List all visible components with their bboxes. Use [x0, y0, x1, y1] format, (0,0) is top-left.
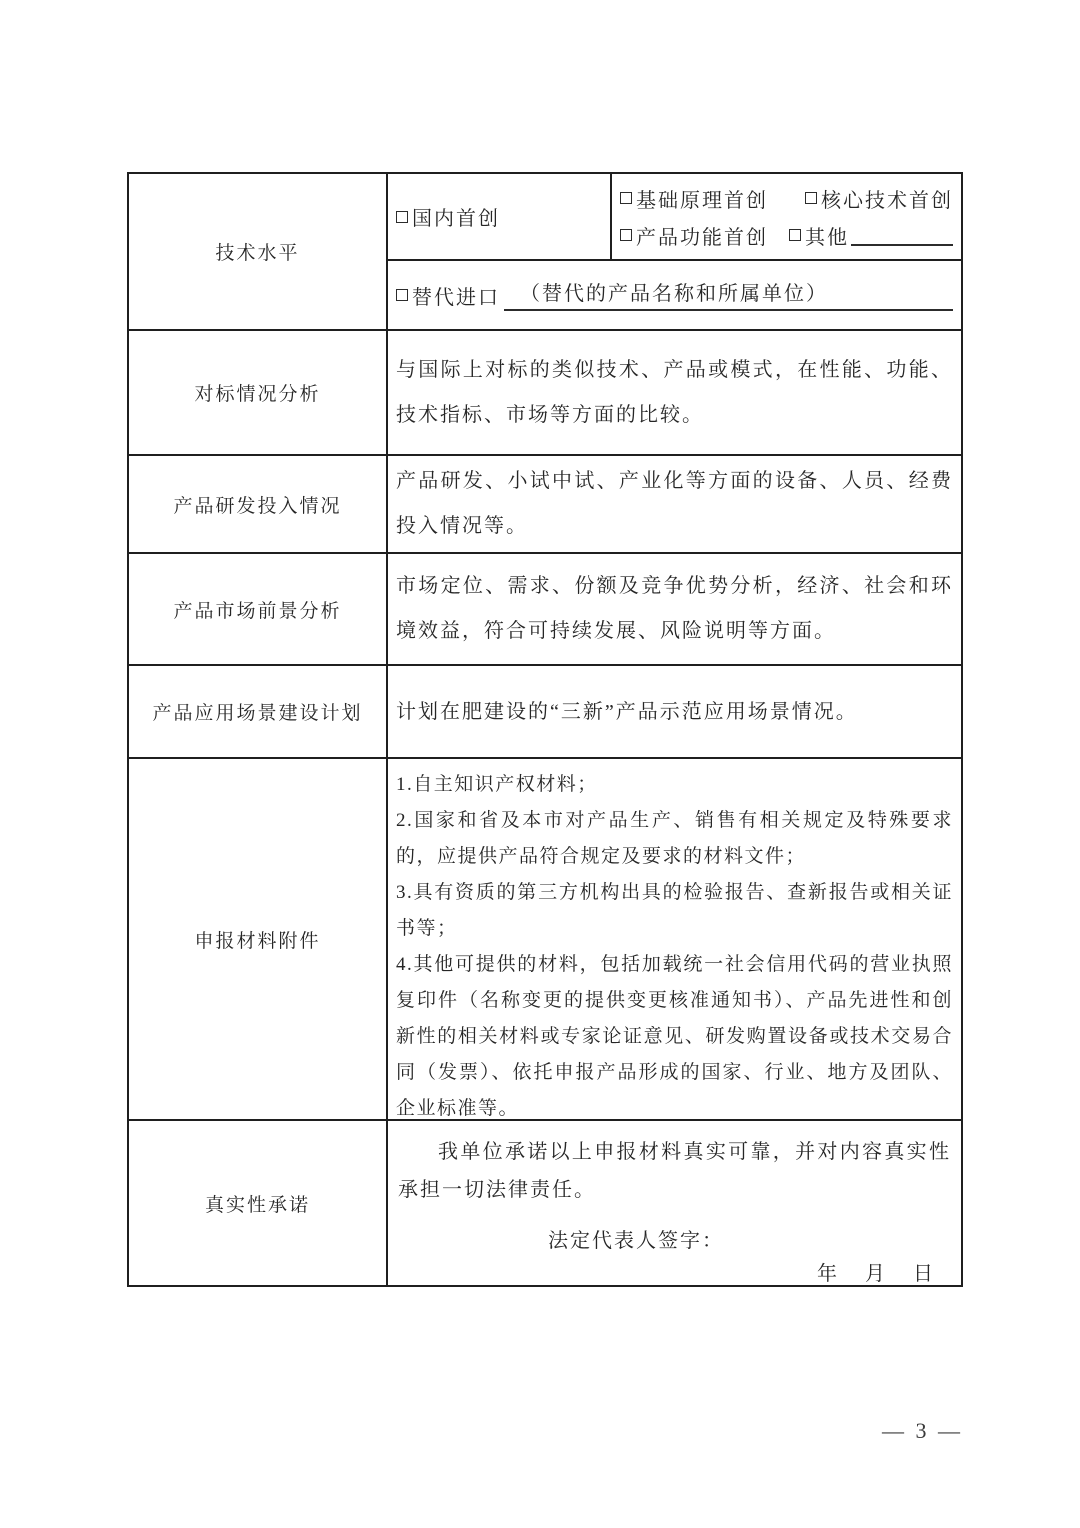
row-application-scenario: 产品应用场景建设计划 计划在肥建设的“三新”产品示范应用场景情况。 [129, 664, 961, 757]
authenticity-commitment-content-cell: 我单位承诺以上申报材料真实可靠，并对内容真实性承担一切法律责任。 法定代表人签字… [388, 1121, 961, 1285]
legal-representative-signature-label: 法定代表人签字： [548, 1225, 951, 1257]
rd-investment-label: 产品研发投入情况 [129, 456, 388, 552]
core-tech-first-label: 核心技术首创 [821, 184, 953, 213]
product-function-first-checkbox-icon [620, 229, 632, 241]
market-prospect-content: 市场定位、需求、份额及竞争优势分析，经济、社会和环境效益，符合可持续发展、风险说… [396, 564, 953, 654]
option-domestic-first: 国内首创 [388, 174, 610, 259]
application-scenario-label: 产品应用场景建设计划 [129, 666, 388, 757]
basic-principle-first-label: 基础原理首创 [636, 184, 768, 213]
tech-level-content: 国内首创 基础原理首创 核心技术首创 [388, 174, 961, 329]
tech-level-label: 技术水平 [129, 174, 388, 329]
row-authenticity-commitment: 真实性承诺 我单位承诺以上申报材料真实可靠，并对内容真实性承担一切法律责任。 法… [129, 1119, 961, 1285]
basic-principle-first-checkbox-icon [620, 192, 632, 204]
attachment-item-4: 4.其他可提供的材料，包括加载统一社会信用代码的营业执照复印件（名称变更的提供变… [396, 947, 953, 1127]
product-function-first-label: 产品功能首创 [636, 221, 768, 250]
option-basic-principle-first: 基础原理首创 [620, 184, 768, 213]
row-market-prospect: 产品市场前景分析 市场定位、需求、份额及竞争优势分析，经济、社会和环境效益，符合… [129, 552, 961, 664]
attachment-item-2: 2.国家和省及本市对产品生产、销售有相关规定及特殊要求的，应提供产品符合规定及要… [396, 803, 953, 875]
row-benchmark-analysis: 对标情况分析 与国际上对标的类似技术、产品或模式，在性能、功能、技术指标、市场等… [129, 329, 961, 454]
import-substitution-label: 替代进口 [412, 281, 500, 310]
benchmark-analysis-label: 对标情况分析 [129, 331, 388, 454]
date-line: 年 月 日 [398, 1259, 951, 1289]
domestic-first-label: 国内首创 [412, 202, 500, 231]
benchmark-analysis-content-cell: 与国际上对标的类似技术、产品或模式，在性能、功能、技术指标、市场等方面的比较。 [388, 331, 961, 454]
authenticity-commitment-label: 真实性承诺 [129, 1121, 388, 1285]
attachments-label: 申报材料附件 [129, 759, 388, 1119]
attachments-content-cell: 1.自主知识产权材料； 2.国家和省及本市对产品生产、销售有相关规定及特殊要求的… [388, 759, 961, 1119]
benchmark-analysis-content: 与国际上对标的类似技术、产品或模式，在性能、功能、技术指标、市场等方面的比较。 [396, 348, 953, 438]
import-substitution-note: （替代的产品名称和所属单位） [520, 283, 828, 305]
option-core-tech-first: 核心技术首创 [805, 184, 953, 213]
core-tech-first-checkbox-icon [805, 192, 817, 204]
application-scenario-content: 计划在肥建设的“三新”产品示范应用场景情况。 [396, 697, 953, 727]
tech-level-sub-options: 基础原理首创 核心技术首创 产品功能首创 [610, 174, 961, 259]
market-prospect-content-cell: 市场定位、需求、份额及竞争优势分析，经济、社会和环境效益，符合可持续发展、风险说… [388, 554, 961, 664]
other-label: 其他 [805, 221, 849, 250]
option-other: 其他 [789, 221, 953, 250]
page-number: — 3 — [0, 1418, 963, 1444]
tech-level-top-subrow: 国内首创 基础原理首创 核心技术首创 [388, 174, 961, 259]
market-prospect-label: 产品市场前景分析 [129, 554, 388, 664]
other-blank-line [851, 224, 953, 246]
option-product-function-first: 产品功能首创 [620, 221, 768, 250]
rd-investment-content-cell: 产品研发、小试中试、产业化等方面的设备、人员、经费投入情况等。 [388, 456, 961, 552]
attachment-item-3: 3.具有资质的第三方机构出具的检验报告、查新报告或相关证书等； [396, 875, 953, 947]
domestic-first-checkbox-icon [396, 211, 408, 223]
attachment-item-1: 1.自主知识产权材料； [396, 767, 953, 803]
sub-option-line-1: 基础原理首创 核心技术首创 [620, 184, 953, 213]
other-checkbox-icon [789, 229, 801, 241]
document-page: 技术水平 国内首创 基础原理首创 [0, 0, 1080, 1528]
application-scenario-content-cell: 计划在肥建设的“三新”产品示范应用场景情况。 [388, 666, 961, 757]
import-substitution-blank-line: （替代的产品名称和所属单位） [504, 279, 953, 311]
row-attachments: 申报材料附件 1.自主知识产权材料； 2.国家和省及本市对产品生产、销售有相关规… [129, 757, 961, 1119]
rd-investment-content: 产品研发、小试中试、产业化等方面的设备、人员、经费投入情况等。 [396, 459, 953, 549]
row-tech-level: 技术水平 国内首创 基础原理首创 [129, 174, 961, 329]
sub-option-line-2: 产品功能首创 其他 [620, 221, 953, 250]
option-import-substitution: 替代进口 （替代的产品名称和所属单位） [388, 259, 961, 329]
authenticity-statement: 我单位承诺以上申报材料真实可靠，并对内容真实性承担一切法律责任。 [398, 1133, 951, 1209]
import-substitution-checkbox-icon [396, 289, 408, 301]
row-rd-investment: 产品研发投入情况 产品研发、小试中试、产业化等方面的设备、人员、经费投入情况等。 [129, 454, 961, 552]
application-form-table: 技术水平 国内首创 基础原理首创 [127, 172, 963, 1287]
